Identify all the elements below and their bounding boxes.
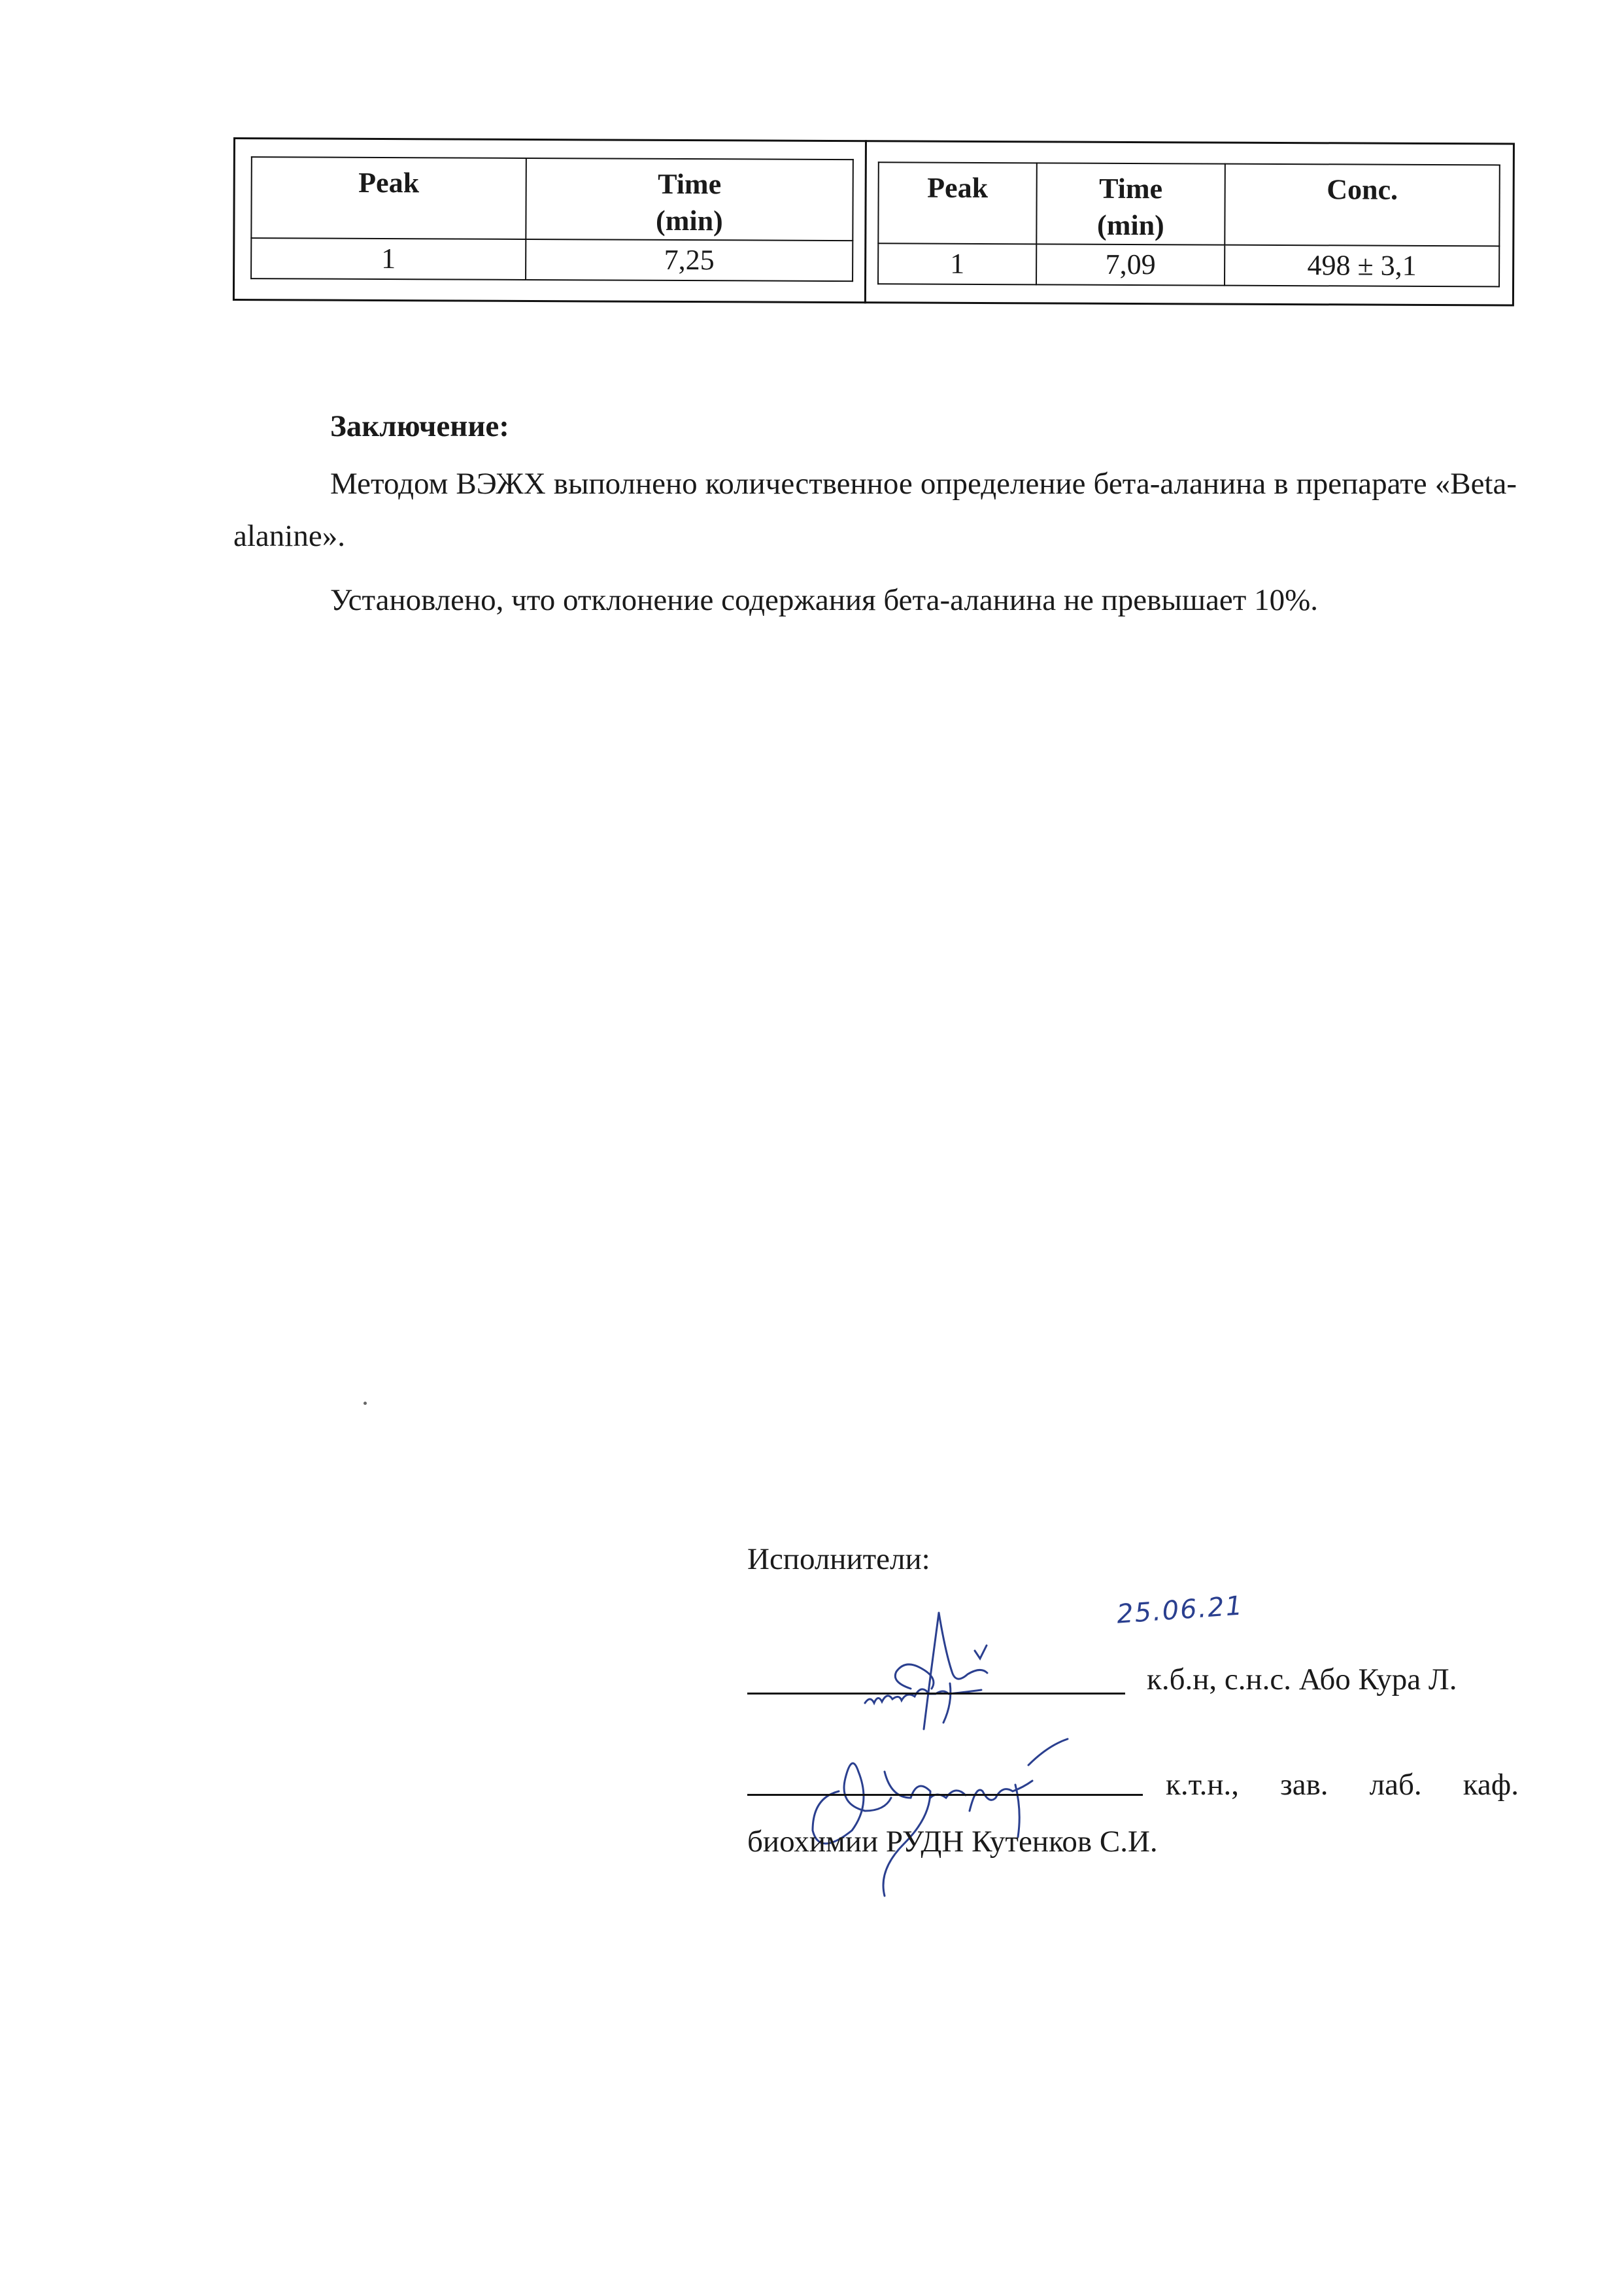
cell-conc: 498 ± 3,1 <box>1225 245 1499 287</box>
frame-divider <box>864 140 867 303</box>
signer-2-title-part: каф. <box>1463 1765 1519 1804</box>
signer-2-title-part: к.т.н., <box>1166 1765 1239 1804</box>
header-time-label: Time <box>1038 170 1225 207</box>
header-time-unit: (min) <box>526 202 852 240</box>
conclusion-paragraph-method: Методом ВЭЖХ выполнено количественное оп… <box>233 458 1517 562</box>
cell-peak: 1 <box>251 238 526 280</box>
header-peak: Peak <box>251 157 526 239</box>
header-time-label: Time <box>527 165 853 203</box>
signer-2-name: биохимии РУДН Кутенков С.И. <box>747 1822 1158 1861</box>
table-row: 1 7,25 <box>251 238 853 281</box>
signature-2-icon <box>800 1726 1087 1896</box>
conclusion-heading: Заключение: <box>330 400 509 452</box>
executors-label: Исполнители: <box>747 1540 930 1579</box>
table-header-row: Peak Time (min) Conc. <box>878 162 1500 246</box>
standard-results-table: Peak Time (min) 1 7,25 <box>250 156 854 282</box>
signature-line-2 <box>747 1794 1143 1796</box>
scan-speck <box>364 1402 367 1405</box>
sample-results-table: Peak Time (min) Conc. 1 7,09 498 ± 3,1 <box>877 161 1500 287</box>
table-row: 1 7,09 498 ± 3,1 <box>878 243 1499 286</box>
signer-1-name: к.б.н, с.н.с. Або Кура Л. <box>1147 1660 1457 1699</box>
header-time: Time (min) <box>526 158 853 241</box>
signer-2-title-part: лаб. <box>1370 1765 1422 1804</box>
signer-2-title: к.т.н., зав. лаб. каф. <box>1166 1765 1519 1804</box>
cell-peak: 1 <box>878 243 1036 284</box>
signature-1-icon <box>858 1605 1028 1736</box>
signature-line-1 <box>747 1693 1125 1695</box>
cell-time: 7,09 <box>1036 244 1225 285</box>
header-time-unit: (min) <box>1037 207 1224 244</box>
conclusion-paragraph-result: Установлено, что отклонение содержания б… <box>330 574 1318 626</box>
header-conc: Conc. <box>1225 164 1500 246</box>
handwritten-date: 25.06.21 <box>1116 1591 1245 1629</box>
results-frame: Peak Time (min) 1 7,25 Peak Time (min) C… <box>233 137 1515 307</box>
cell-time: 7,25 <box>526 239 853 281</box>
signatures-block: Исполнители: 25.06.21 к.б.н, с.н.с. Або … <box>747 1540 1519 1880</box>
header-peak: Peak <box>878 162 1037 244</box>
signer-2-title-part: зав. <box>1280 1765 1328 1804</box>
header-time: Time (min) <box>1036 163 1225 245</box>
table-header-row: Peak Time (min) <box>251 157 853 241</box>
